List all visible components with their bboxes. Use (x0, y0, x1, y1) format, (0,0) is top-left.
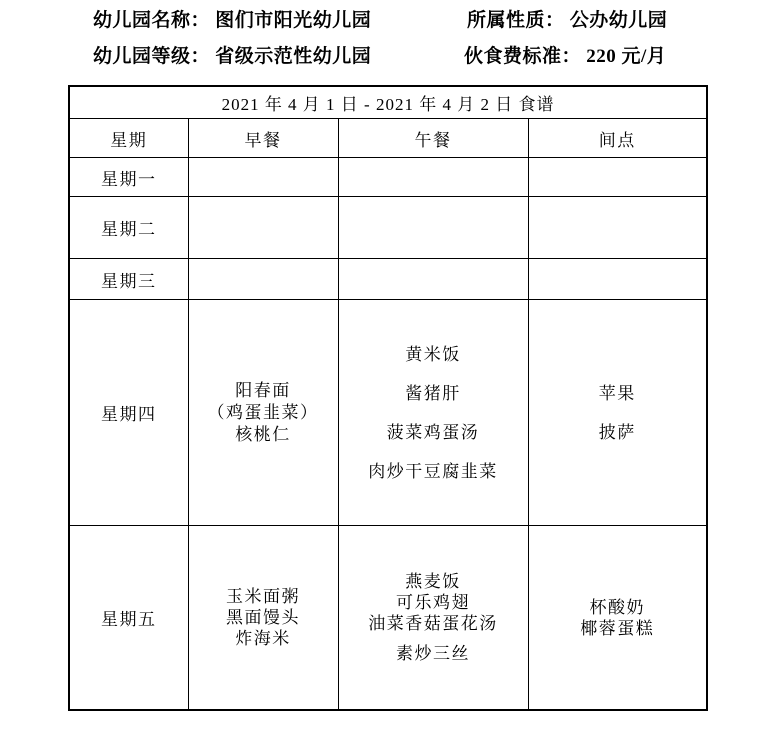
table-row-tuesday: 星期二 (69, 197, 707, 259)
cell-monday-snack (528, 158, 707, 197)
cell-monday-lunch (338, 158, 528, 197)
menu-item: 肉炒干豆腐韭菜 (339, 452, 528, 491)
cell-wednesday-lunch (338, 259, 528, 300)
cell-wednesday-breakfast (188, 259, 338, 300)
menu-item: 核桃仁 (189, 424, 338, 446)
menu-item: 油菜香菇蛋花汤 (339, 613, 528, 634)
menu-item: 披萨 (529, 413, 707, 452)
table-row-thursday: 星期四 阳春面 （鸡蛋韭菜） 核桃仁 黄米饭 酱猪肝 菠菜鸡蛋汤 肉炒干豆腐韭菜… (69, 300, 707, 526)
column-header-day: 星期 (69, 119, 188, 158)
cell-thursday-breakfast: 阳春面 （鸡蛋韭菜） 核桃仁 (188, 300, 338, 526)
table-row-wednesday: 星期三 (69, 259, 707, 300)
cell-tuesday-snack (528, 197, 707, 259)
table-title: 2021 年 4 月 1 日 - 2021 年 4 月 2 日 食谱 (69, 86, 707, 119)
cell-thursday-lunch: 黄米饭 酱猪肝 菠菜鸡蛋汤 肉炒干豆腐韭菜 (338, 300, 528, 526)
menu-item: 酱猪肝 (339, 374, 528, 413)
menu-item: 菠菜鸡蛋汤 (339, 413, 528, 452)
menu-item: 燕麦饭 (339, 571, 528, 592)
day-label-friday: 星期五 (69, 526, 188, 711)
table-title-row: 2021 年 4 月 1 日 - 2021 年 4 月 2 日 食谱 (69, 86, 707, 119)
day-label-monday: 星期一 (69, 158, 188, 197)
menu-item: 杯酸奶 (529, 597, 707, 618)
cell-thursday-snack: 苹果 披萨 (528, 300, 707, 526)
meal-fee-standard: 伙食费标准： 220 元/月 (464, 46, 666, 68)
cell-wednesday-snack (528, 259, 707, 300)
cell-monday-breakfast (188, 158, 338, 197)
table-row-monday: 星期一 (69, 158, 707, 197)
menu-item: 苹果 (529, 374, 707, 413)
menu-item: 炸海米 (189, 628, 338, 649)
cell-friday-lunch: 燕麦饭 可乐鸡翅 油菜香菇蛋花汤 素炒三丝 (338, 526, 528, 711)
cell-tuesday-lunch (338, 197, 528, 259)
kindergarten-name: 幼儿园名称： 图们市阳光幼儿园 (93, 10, 371, 32)
kindergarten-grade: 幼儿园等级： 省级示范性幼儿园 (93, 46, 371, 68)
cell-friday-breakfast: 玉米面粥 黑面馒头 炸海米 (188, 526, 338, 711)
menu-document-page: 幼儿园名称： 图们市阳光幼儿园 所属性质： 公办幼儿园 幼儿园等级： 省级示范性… (0, 0, 771, 731)
column-header-lunch: 午餐 (338, 119, 528, 158)
cell-tuesday-breakfast (188, 197, 338, 259)
day-label-thursday: 星期四 (69, 300, 188, 526)
menu-item: 玉米面粥 (189, 586, 338, 607)
column-header-breakfast: 早餐 (188, 119, 338, 158)
kindergarten-nature: 所属性质： 公办幼儿园 (467, 10, 667, 32)
weekly-menu-table: 2021 年 4 月 1 日 - 2021 年 4 月 2 日 食谱 星期 早餐… (68, 85, 708, 711)
day-label-wednesday: 星期三 (69, 259, 188, 300)
menu-item: 素炒三丝 (339, 643, 528, 664)
table-header-row: 星期 早餐 午餐 间点 (69, 119, 707, 158)
menu-item: 椰蓉蛋糕 (529, 618, 707, 639)
day-label-tuesday: 星期二 (69, 197, 188, 259)
menu-item: 黑面馒头 (189, 607, 338, 628)
menu-item: （鸡蛋韭菜） (189, 402, 338, 424)
column-header-snack: 间点 (528, 119, 707, 158)
table-row-friday: 星期五 玉米面粥 黑面馒头 炸海米 燕麦饭 可乐鸡翅 油菜香菇蛋花汤 素炒三丝 … (69, 526, 707, 711)
menu-item: 黄米饭 (339, 335, 528, 374)
menu-item: 可乐鸡翅 (339, 592, 528, 613)
menu-item: 阳春面 (189, 380, 338, 402)
cell-friday-snack: 杯酸奶 椰蓉蛋糕 (528, 526, 707, 711)
